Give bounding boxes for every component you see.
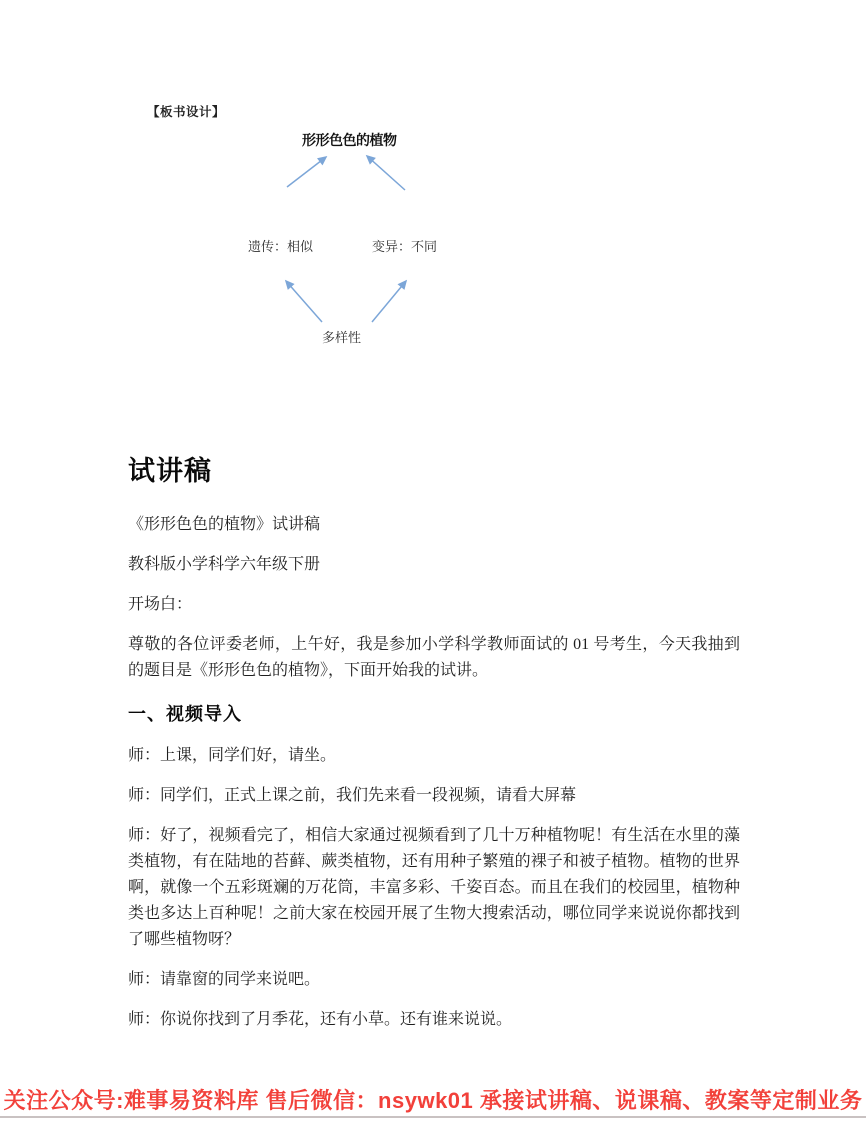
dialogue-paragraph: 师：请靠窗的同学来说吧。 [128, 967, 740, 993]
dialogue-paragraph: 师：上课，同学们好，请坐。 [128, 743, 740, 769]
arrow-variation-to-title [367, 156, 405, 190]
arrow-heredity-to-title [287, 157, 326, 187]
board-design-figure: 【板书设计】 形形色色的植物 遗传：相似 变异：不同 多样性 [0, 0, 866, 440]
diagram-node-diversity: 多样性 [322, 327, 361, 346]
footer-bottom-rule [0, 1116, 866, 1118]
document-body: 试讲稿 《形形色色的植物》试讲稿 教科版小学科学六年级下册 开场白： 尊敬的各位… [128, 440, 740, 1047]
doc-edition: 教科版小学科学六年级下册 [128, 552, 740, 578]
dialogue-paragraph: 师：好了，视频看完了，相信大家通过视频看到了几十万种植物呢！有生活在水里的藻类植… [128, 823, 740, 953]
diagram-node-heredity: 遗传：相似 [248, 236, 313, 255]
arrow-diversity-to-variation [372, 281, 406, 322]
opening-paragraph: 尊敬的各位评委老师，上午好，我是参加小学科学教师面试的 01 号考生，今天我抽到… [128, 632, 740, 684]
opening-label: 开场白： [128, 592, 740, 618]
dialogue-paragraph: 师：你说你找到了月季花，还有小草。还有谁来说说。 [128, 1007, 740, 1033]
diagram-arrows [0, 0, 866, 440]
diagram-node-variation: 变异：不同 [372, 236, 437, 255]
doc-title: 试讲稿 [128, 454, 740, 488]
doc-subtitle: 《形形色色的植物》试讲稿 [128, 512, 740, 538]
footer-promo-banner: 关注公众号:难事易资料库 售后微信：nsywk01 承接试讲稿、说课稿、教案等定… [0, 1084, 866, 1115]
dialogue-paragraph: 师：同学们，正式上课之前，我们先来看一段视频，请看大屏幕 [128, 783, 740, 809]
arrow-diversity-to-heredity [286, 281, 322, 322]
document-page: { "board": { "label": "【板书设计】", "diagram… [0, 0, 866, 1122]
section-heading-video-intro: 一、视频导入 [128, 702, 740, 726]
